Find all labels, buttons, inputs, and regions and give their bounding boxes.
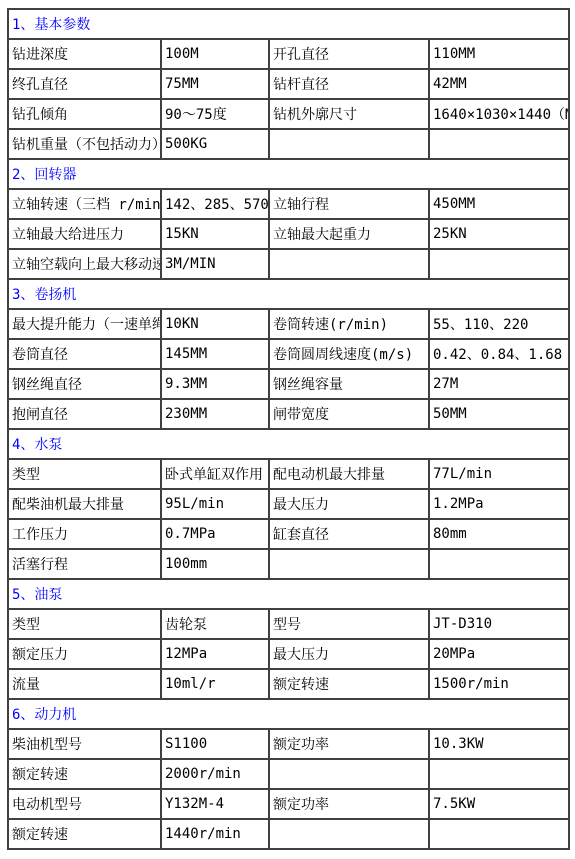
spec-label-cell: 立轴行程	[269, 189, 429, 219]
spec-label-cell: 抱闸直径	[8, 399, 161, 429]
spec-value-cell: 25KN	[429, 219, 569, 249]
section-title: 3、卷扬机	[8, 279, 569, 309]
spec-value-cell: 10ml/r	[161, 669, 269, 699]
spec-table: 1、基本参数钻进深度100M开孔直径110MM终孔直径75MM钻杆直径42MM钻…	[7, 8, 570, 850]
spec-label-cell: 卷筒转速(r/min)	[269, 309, 429, 339]
spec-value-cell	[429, 129, 569, 159]
spec-value-cell: 12MPa	[161, 639, 269, 669]
spec-label-cell: 活塞行程	[8, 549, 161, 579]
spec-value-cell: Y132M-4	[161, 789, 269, 819]
spec-table-body: 1、基本参数钻进深度100M开孔直径110MM终孔直径75MM钻杆直径42MM钻…	[8, 9, 569, 849]
spec-label-cell: 终孔直径	[8, 69, 161, 99]
spec-value-cell	[429, 549, 569, 579]
spec-label-cell	[269, 759, 429, 789]
spec-label-cell: 额定功率	[269, 729, 429, 759]
spec-label-cell	[269, 249, 429, 279]
section-header-row: 5、油泵	[8, 579, 569, 609]
section-header-row: 2、回转器	[8, 159, 569, 189]
spec-label-cell: 类型	[8, 609, 161, 639]
spec-label-cell: 额定功率	[269, 789, 429, 819]
spec-label-cell: 额定转速	[269, 669, 429, 699]
section-header-row: 1、基本参数	[8, 9, 569, 39]
spec-value-cell: 80mm	[429, 519, 569, 549]
spec-value-cell	[429, 759, 569, 789]
spec-label-cell: 缸套直径	[269, 519, 429, 549]
table-row: 配柴油机最大排量95L/min最大压力1.2MPa	[8, 489, 569, 519]
spec-value-cell: 20MPa	[429, 639, 569, 669]
spec-label-cell: 工作压力	[8, 519, 161, 549]
table-row: 额定转速1440r/min	[8, 819, 569, 849]
spec-value-cell: 230MM	[161, 399, 269, 429]
spec-label-cell: 立轴转速（三档 r/min）	[8, 189, 161, 219]
section-header-row: 3、卷扬机	[8, 279, 569, 309]
spec-value-cell: S1100	[161, 729, 269, 759]
spec-label-cell	[269, 819, 429, 849]
spec-label-cell: 型号	[269, 609, 429, 639]
spec-label-cell: 立轴最大起重力	[269, 219, 429, 249]
spec-label-cell: 配电动机最大排量	[269, 459, 429, 489]
spec-value-cell: 15KN	[161, 219, 269, 249]
spec-value-cell: 1440r/min	[161, 819, 269, 849]
table-row: 柴油机型号S1100额定功率10.3KW	[8, 729, 569, 759]
spec-value-cell: 10KN	[161, 309, 269, 339]
table-row: 卷筒直径145MM卷筒圆周线速度(m/s)0.42、0.84、1.68	[8, 339, 569, 369]
spec-value-cell: 7.5KW	[429, 789, 569, 819]
table-row: 活塞行程100mm	[8, 549, 569, 579]
spec-value-cell: 卧式单缸双作用	[161, 459, 269, 489]
spec-label-cell: 柴油机型号	[8, 729, 161, 759]
spec-label-cell: 钢丝绳直径	[8, 369, 161, 399]
table-row: 钻机重量（不包括动力）500KG	[8, 129, 569, 159]
table-row: 钻孔倾角90～75度钻机外廓尺寸1640×1030×1440（MM）	[8, 99, 569, 129]
spec-label-cell: 钻机外廓尺寸	[269, 99, 429, 129]
table-row: 立轴转速（三档 r/min）142、285、570立轴行程450MM	[8, 189, 569, 219]
spec-value-cell: 0.42、0.84、1.68	[429, 339, 569, 369]
spec-label-cell: 钻杆直径	[269, 69, 429, 99]
spec-label-cell: 额定压力	[8, 639, 161, 669]
spec-label-cell: 立轴空载向上最大移动速度	[8, 249, 161, 279]
table-row: 钢丝绳直径9.3MM钢丝绳容量27M	[8, 369, 569, 399]
spec-label-cell: 配柴油机最大排量	[8, 489, 161, 519]
spec-label-cell: 钻孔倾角	[8, 99, 161, 129]
spec-label-cell: 钻机重量（不包括动力）	[8, 129, 161, 159]
spec-label-cell: 最大压力	[269, 489, 429, 519]
spec-value-cell: 90～75度	[161, 99, 269, 129]
spec-value-cell: 100M	[161, 39, 269, 69]
section-header-row: 4、水泵	[8, 429, 569, 459]
spec-value-cell: 42MM	[429, 69, 569, 99]
section-title: 2、回转器	[8, 159, 569, 189]
spec-value-cell: 2000r/min	[161, 759, 269, 789]
spec-label-cell: 电动机型号	[8, 789, 161, 819]
section-header-row: 6、动力机	[8, 699, 569, 729]
spec-label-cell: 最大压力	[269, 639, 429, 669]
spec-value-cell: 450MM	[429, 189, 569, 219]
section-title: 5、油泵	[8, 579, 569, 609]
table-row: 终孔直径75MM钻杆直径42MM	[8, 69, 569, 99]
spec-value-cell: 145MM	[161, 339, 269, 369]
table-row: 最大提升能力（一速单绳）10KN卷筒转速(r/min)55、110、220	[8, 309, 569, 339]
spec-value-cell: 10.3KW	[429, 729, 569, 759]
table-row: 流量10ml/r额定转速1500r/min	[8, 669, 569, 699]
spec-value-cell: 500KG	[161, 129, 269, 159]
spec-label-cell: 卷筒圆周线速度(m/s)	[269, 339, 429, 369]
spec-label-cell: 开孔直径	[269, 39, 429, 69]
table-row: 立轴最大给进压力15KN立轴最大起重力25KN	[8, 219, 569, 249]
spec-value-cell: 9.3MM	[161, 369, 269, 399]
spec-value-cell: 27M	[429, 369, 569, 399]
table-row: 钻进深度100M开孔直径110MM	[8, 39, 569, 69]
spec-label-cell	[269, 129, 429, 159]
table-row: 电动机型号Y132M-4额定功率7.5KW	[8, 789, 569, 819]
spec-value-cell: 1.2MPa	[429, 489, 569, 519]
spec-label-cell: 最大提升能力（一速单绳）	[8, 309, 161, 339]
spec-value-cell: 77L/min	[429, 459, 569, 489]
spec-value-cell: 142、285、570	[161, 189, 269, 219]
spec-label-cell: 流量	[8, 669, 161, 699]
section-title: 4、水泵	[8, 429, 569, 459]
spec-value-cell: 3M/MIN	[161, 249, 269, 279]
spec-label-cell: 钢丝绳容量	[269, 369, 429, 399]
spec-value-cell: 95L/min	[161, 489, 269, 519]
table-row: 额定压力12MPa最大压力20MPa	[8, 639, 569, 669]
table-row: 额定转速2000r/min	[8, 759, 569, 789]
spec-value-cell	[429, 249, 569, 279]
spec-label-cell: 立轴最大给进压力	[8, 219, 161, 249]
spec-value-cell: 55、110、220	[429, 309, 569, 339]
spec-label-cell: 额定转速	[8, 819, 161, 849]
spec-value-cell: JT-D310	[429, 609, 569, 639]
spec-label-cell: 额定转速	[8, 759, 161, 789]
spec-value-cell: 0.7MPa	[161, 519, 269, 549]
table-row: 立轴空载向上最大移动速度3M/MIN	[8, 249, 569, 279]
table-row: 类型齿轮泵型号JT-D310	[8, 609, 569, 639]
spec-value-cell: 100mm	[161, 549, 269, 579]
section-title: 6、动力机	[8, 699, 569, 729]
spec-value-cell: 1640×1030×1440（MM）	[429, 99, 569, 129]
table-row: 工作压力0.7MPa缸套直径80mm	[8, 519, 569, 549]
spec-value-cell	[429, 819, 569, 849]
spec-value-cell: 50MM	[429, 399, 569, 429]
table-row: 类型卧式单缸双作用配电动机最大排量77L/min	[8, 459, 569, 489]
spec-label-cell: 卷筒直径	[8, 339, 161, 369]
spec-value-cell: 75MM	[161, 69, 269, 99]
table-row: 抱闸直径230MM闸带宽度50MM	[8, 399, 569, 429]
spec-label-cell	[269, 549, 429, 579]
spec-value-cell: 齿轮泵	[161, 609, 269, 639]
section-title: 1、基本参数	[8, 9, 569, 39]
spec-label-cell: 类型	[8, 459, 161, 489]
spec-value-cell: 110MM	[429, 39, 569, 69]
spec-value-cell: 1500r/min	[429, 669, 569, 699]
spec-label-cell: 钻进深度	[8, 39, 161, 69]
spec-label-cell: 闸带宽度	[269, 399, 429, 429]
